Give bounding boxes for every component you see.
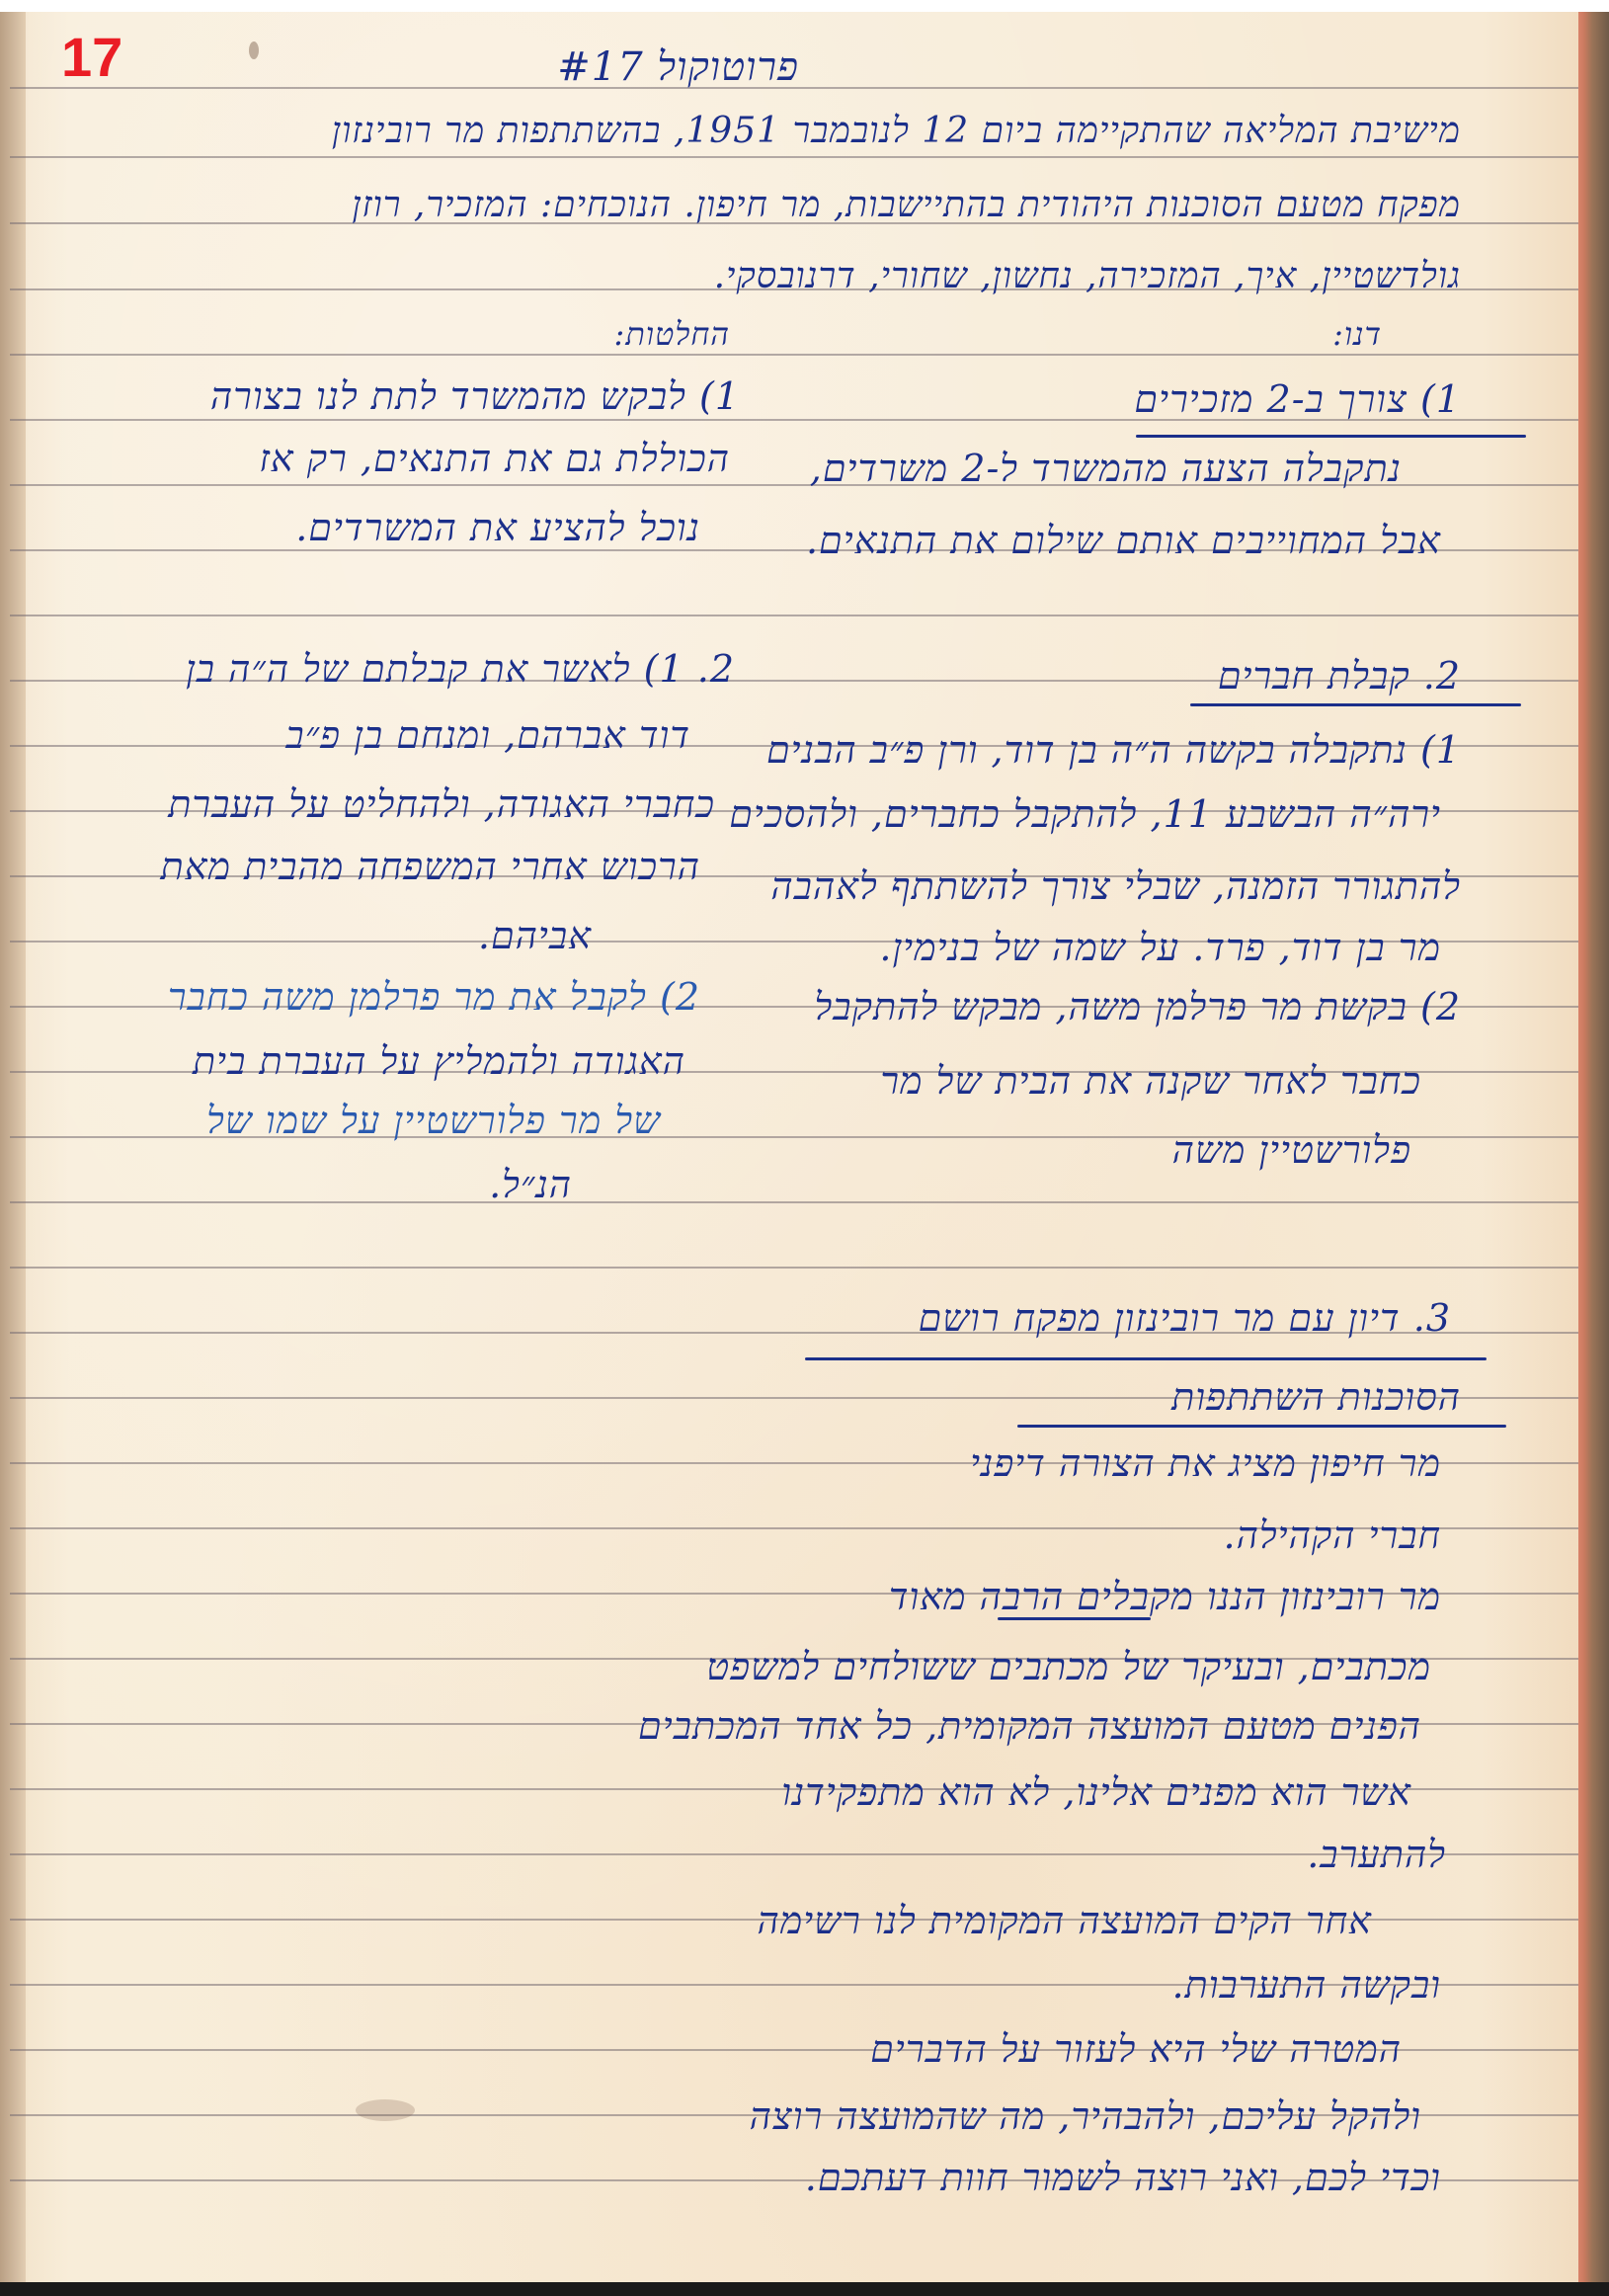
intro-line: גולדשטיין, איך, המזכירה, נחשון, שחורי, ד… bbox=[714, 259, 1461, 294]
agenda-line: להתגורר הזמנה, שבלי צורך להשתתף לאהבה bbox=[770, 867, 1461, 905]
agenda-heading: 1) צורך ב-2 מזכירים bbox=[1134, 380, 1461, 418]
page-edge bbox=[1578, 12, 1609, 2282]
agenda-line: מכתבים, ובעיקר של מכתבים ששולחים למשפט bbox=[706, 1648, 1431, 1685]
decision-line: 1) לבקש מהמשרד לתת לנו בצורה bbox=[210, 377, 740, 415]
agenda-line: אבל המחוייבים אותם שילום את התנאים. bbox=[806, 522, 1441, 559]
inline-underline bbox=[998, 1617, 1151, 1620]
intro-line: מישיבת המליאה שהתקיימה ביום 12 לנובמבר 1… bbox=[332, 114, 1461, 149]
agenda-line: מר רובינזון הננו מקבלים הרבה מאוד bbox=[889, 1578, 1441, 1615]
decision-line: אביהם. bbox=[478, 917, 592, 954]
page-header: פרוטוקול #17 bbox=[557, 47, 799, 87]
ruled-line bbox=[10, 615, 1578, 616]
agenda-line: וכדי לכם, ואני רוצה לשמור חוות דעתכם. bbox=[805, 2159, 1441, 2196]
agenda-subheading: הסוכנות השתתפות bbox=[1171, 1378, 1461, 1416]
ruled-line bbox=[10, 1201, 1578, 1203]
decision-line: 2. 1) לאשר את קבלתם של ה״ה בן bbox=[186, 650, 735, 688]
ruled-line bbox=[10, 1267, 1578, 1269]
agenda-line: הפנים מטעם המועצה המקומית, כל אחד המכתבי… bbox=[638, 1707, 1421, 1745]
decisions-label: החלטות: bbox=[614, 318, 730, 350]
decision-line: הנ״ל. bbox=[489, 1166, 572, 1203]
agenda-heading: 2. קבלת חברים bbox=[1218, 657, 1461, 695]
decision-line: כחברי האגודה, ולהחליט על העברת bbox=[168, 785, 715, 823]
agenda-line: ירה״ה הבשבע 11, להתקבל כחברים, ולהסכים bbox=[729, 795, 1441, 833]
decision-line: דוד אברהם, ומנחם בן פ״ב bbox=[285, 716, 690, 754]
decision-line: נוכל להציע את המשרדים. bbox=[295, 509, 700, 546]
ink-smudge bbox=[249, 41, 259, 59]
heading-underline bbox=[1190, 703, 1521, 706]
decision-line: 2) לקבל את מר פרלמן משה כחבר bbox=[168, 978, 700, 1016]
agenda-line: חברי הקהילה. bbox=[1224, 1517, 1441, 1554]
heading-underline bbox=[1136, 435, 1526, 438]
agenda-line: נתקבלה הצעה מהמשרד ל-2 משרדים, bbox=[810, 450, 1402, 487]
decision-line: האגודה ולהמליץ על העברת בית bbox=[193, 1042, 685, 1080]
agenda-heading: 3. דיון עם מר רובינזון מפקח רושם bbox=[919, 1299, 1451, 1337]
agenda-line: אחר הקים המועצה המקומית לנו רשימה bbox=[757, 1902, 1372, 1939]
agenda-label: דנו: bbox=[1332, 318, 1382, 350]
agenda-line: ולהקל עליכם, ולהבהיר, מה שהמועצה רוצה bbox=[750, 2097, 1421, 2135]
intro-line: מפקח מטעם הסוכנות היהודית בהתיישבות, מר … bbox=[352, 188, 1461, 223]
ruled-line bbox=[10, 354, 1578, 356]
agenda-line: כחבר לאחר שקנה את הבית של מר bbox=[880, 1062, 1421, 1100]
scan-border bbox=[0, 2282, 1609, 2296]
agenda-line: מר בן דוד, פרד. על שמה של בנימין. bbox=[879, 929, 1441, 966]
agenda-line: פלורשטיין משה bbox=[1172, 1131, 1411, 1169]
notebook-spine bbox=[0, 12, 26, 2282]
agenda-line: מר חיפון מציג את הצורה דיפני bbox=[970, 1444, 1441, 1482]
decision-line: הרכוש אחרי המשפחה מהבית מאת bbox=[161, 848, 700, 885]
agenda-line: ובקשה התערבות. bbox=[1171, 1966, 1441, 2004]
agenda-line: המטרה שלי היא לעזור על הדברים bbox=[870, 2030, 1402, 2068]
agenda-line: להתערב. bbox=[1307, 1836, 1446, 1873]
page-number: 17 bbox=[61, 30, 122, 85]
ruled-line bbox=[10, 156, 1578, 158]
agenda-line: 2) בקשת מר פרלמן משה, מבקש להתקבל bbox=[815, 988, 1461, 1025]
agenda-line: אשר הוא מפנים אלינו, לא הוא מתפקידנו bbox=[781, 1773, 1411, 1811]
decision-line: של מר פלורשטיין על שמו של bbox=[206, 1102, 661, 1139]
heading-underline bbox=[805, 1357, 1487, 1360]
decision-line: הכוללת גם את התנאים, רק אז bbox=[259, 440, 730, 477]
subheading-underline bbox=[1017, 1425, 1506, 1428]
stain bbox=[356, 2099, 415, 2121]
agenda-line: 1) נתקבלה בקשה ה״ה בן דוד, ורן פ״ב הבנים bbox=[766, 731, 1461, 769]
